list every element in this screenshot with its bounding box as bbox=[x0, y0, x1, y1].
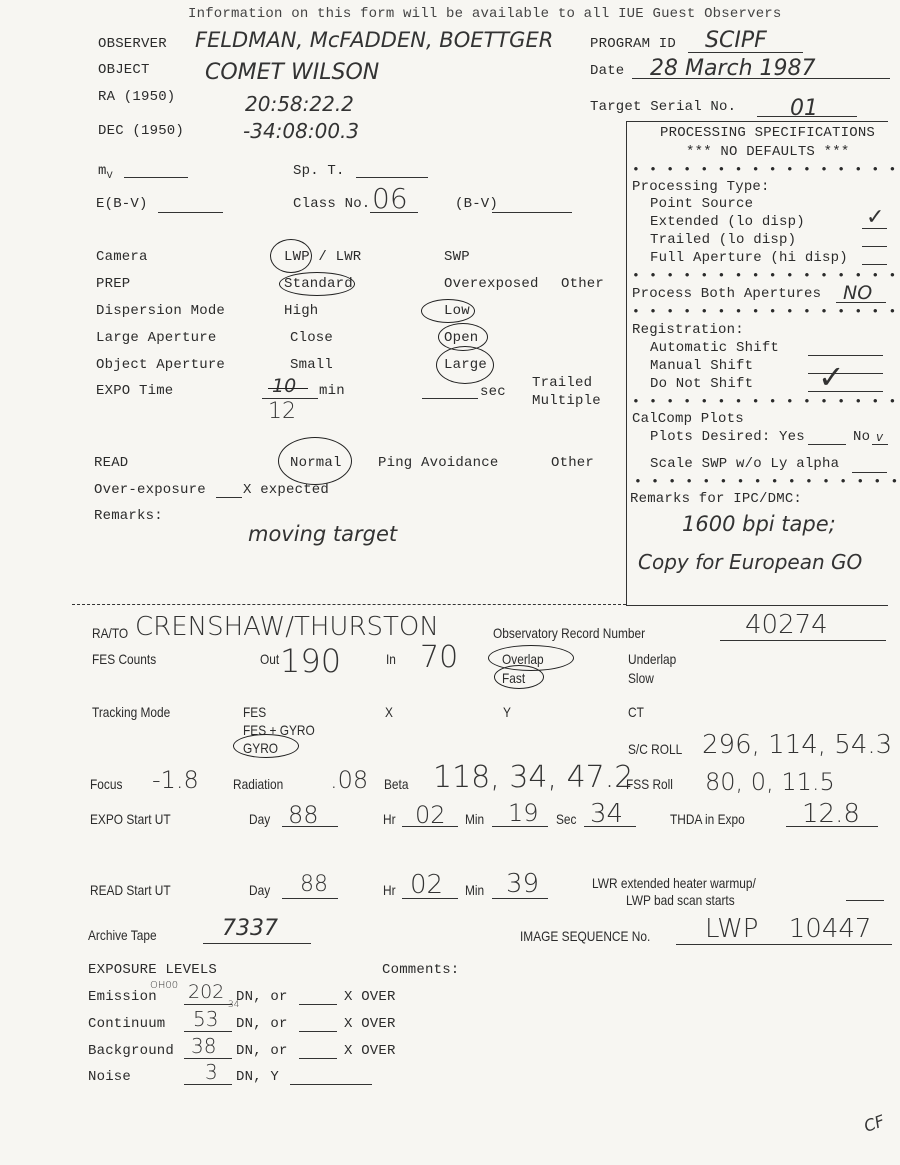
fes-option-slow[interactable]: Slow bbox=[628, 670, 654, 686]
radiation-value[interactable]: .08 bbox=[330, 766, 368, 794]
dispersion-label: Dispersion Mode bbox=[96, 303, 225, 319]
processing-type-label: Processing Type: bbox=[632, 179, 770, 195]
fes-counts-label: FES Counts bbox=[92, 651, 156, 667]
expo-trailed-label[interactable]: Trailed bbox=[532, 375, 592, 391]
date-label: Date bbox=[590, 63, 624, 79]
noise-label: Noise bbox=[88, 1069, 131, 1085]
radiation-label: Radiation bbox=[233, 776, 283, 792]
registration-manual-shift[interactable]: Manual Shift bbox=[650, 358, 753, 374]
fes-in-label: In bbox=[386, 651, 396, 667]
processing-type-trailed[interactable]: Trailed (lo disp) bbox=[650, 232, 796, 248]
lwr-heater-line2: LWP bad scan starts bbox=[626, 892, 735, 908]
expo-time-sec-unit: sec bbox=[480, 384, 506, 400]
camera-selected-circle bbox=[270, 239, 312, 273]
remarks-label: Remarks: bbox=[94, 508, 163, 524]
expo-multiple-label[interactable]: Multiple bbox=[532, 393, 601, 409]
noise-value[interactable]: 3 bbox=[205, 1060, 218, 1084]
calcomp-label: CalComp Plots bbox=[632, 411, 744, 427]
do-not-shift-check-mark[interactable]: ✓ bbox=[818, 358, 845, 396]
mv-label: mV bbox=[98, 163, 113, 182]
expo-start-hr-label: Hr bbox=[383, 811, 396, 827]
program-id-label: PROGRAM ID bbox=[590, 36, 676, 52]
section-divider bbox=[72, 604, 626, 605]
continuum-value[interactable]: 53 bbox=[193, 1007, 218, 1031]
image-seq-label: IMAGE SEQUENCE No. bbox=[520, 928, 650, 944]
fes-in-value[interactable]: 70 bbox=[420, 640, 458, 675]
emission-value[interactable]: 202 bbox=[188, 981, 224, 1003]
read-start-hr-value[interactable]: 02 bbox=[410, 870, 443, 900]
fss-roll-value[interactable]: 80, 0, 11.5 bbox=[705, 768, 835, 796]
emission-label: Emission bbox=[88, 989, 157, 1005]
processing-type-extended[interactable]: Extended (lo disp) bbox=[650, 214, 805, 230]
registration-label: Registration: bbox=[632, 322, 744, 338]
fes-option-underlap[interactable]: Underlap bbox=[628, 651, 676, 667]
archive-tape-label: Archive Tape bbox=[88, 927, 157, 943]
read-start-day-value[interactable]: 88 bbox=[300, 872, 328, 897]
program-id-value[interactable]: SCIPF bbox=[705, 28, 767, 53]
processing-type-full-aperture[interactable]: Full Aperture (hi disp) bbox=[650, 250, 848, 266]
tracking-label: Tracking Mode bbox=[92, 704, 170, 720]
beta-value[interactable]: 118, 34, 47.2 bbox=[433, 760, 633, 795]
expo-time-min-unit: min bbox=[319, 383, 345, 399]
processing-type-point-source[interactable]: Point Source bbox=[650, 196, 753, 212]
sc-roll-value[interactable]: 296, 114, 54.3 bbox=[702, 730, 892, 760]
tracking-option-x[interactable]: X bbox=[385, 704, 393, 720]
continuum-label: Continuum bbox=[88, 1016, 165, 1032]
process-both-apertures-value[interactable]: NO bbox=[843, 282, 872, 304]
header-notice: Information on this form will be availab… bbox=[188, 6, 782, 22]
emission-over: X OVER bbox=[344, 989, 396, 1005]
scale-swp-label: Scale SWP w/o Ly alpha bbox=[650, 456, 839, 472]
object-value[interactable]: COMET WILSON bbox=[205, 60, 379, 85]
lwr-heater-line1: LWR extended heater warmup/ bbox=[592, 875, 756, 891]
initials: CF bbox=[861, 1111, 887, 1136]
expo-start-label: EXPO Start UT bbox=[90, 811, 171, 827]
read-start-day-label: Day bbox=[249, 882, 270, 898]
divider: ••••••••••••••••• bbox=[632, 268, 900, 283]
read-label: READ bbox=[94, 455, 128, 471]
object-label: OBJECT bbox=[98, 62, 150, 78]
expo-start-min-label: Min bbox=[465, 811, 484, 827]
read-start-hr-label: Hr bbox=[383, 882, 396, 898]
expo-time-struck-value: 10 bbox=[272, 375, 296, 397]
overexposure-suffix: X expected bbox=[243, 482, 329, 498]
ra-label: RA (1950) bbox=[98, 89, 175, 105]
focus-value[interactable]: -1.8 bbox=[152, 766, 199, 794]
prep-label: PREP bbox=[96, 276, 130, 292]
target-serial-label: Target Serial No. bbox=[590, 99, 736, 115]
fast-selected-circle bbox=[494, 665, 544, 689]
prep-option-overexposed[interactable]: Overexposed bbox=[444, 276, 539, 292]
expo-start-sec-value[interactable]: 34 bbox=[590, 799, 623, 829]
fss-roll-label: FSS Roll bbox=[626, 776, 673, 792]
target-serial-value[interactable]: 01 bbox=[790, 96, 818, 121]
divider: ••••••••••••••••• bbox=[632, 394, 900, 409]
plots-desired-no-label: No bbox=[853, 429, 870, 445]
divider: •••••••••••••••• bbox=[634, 474, 900, 489]
obs-record-value[interactable]: 40274 bbox=[745, 610, 828, 640]
expo-start-min-value[interactable]: 19 bbox=[508, 799, 539, 827]
sc-roll-label: S/C ROLL bbox=[628, 741, 682, 757]
ra-to-value[interactable]: CRENSHAW/THURSTON bbox=[135, 612, 439, 642]
process-both-apertures-label: Process Both Apertures bbox=[632, 286, 821, 302]
object-aperture-selected-circle bbox=[436, 346, 494, 384]
continuum-unit: DN, or bbox=[236, 1016, 288, 1032]
archive-tape-value[interactable]: 7337 bbox=[222, 916, 278, 941]
overexposure-label: Over-exposure bbox=[94, 482, 206, 498]
emission-unit: DN, or bbox=[236, 989, 288, 1005]
object-aperture-label: Object Aperture bbox=[96, 357, 225, 373]
background-unit: DN, or bbox=[236, 1043, 288, 1059]
processing-subtitle: *** NO DEFAULTS *** bbox=[686, 144, 849, 160]
ra-to-label: RA/TO bbox=[92, 625, 128, 641]
large-aperture-option-close[interactable]: Close bbox=[290, 330, 333, 346]
background-value[interactable]: 38 bbox=[191, 1034, 216, 1058]
tracking-option-fes[interactable]: FES bbox=[243, 704, 266, 720]
expo-start-day-value[interactable]: 88 bbox=[288, 801, 319, 829]
extended-check-mark[interactable]: ✓ bbox=[866, 205, 884, 230]
read-option-ping-avoidance[interactable]: Ping Avoidance bbox=[378, 455, 498, 471]
registration-do-not-shift[interactable]: Do Not Shift bbox=[650, 376, 753, 392]
image-seq-value[interactable]: LWP 10447 bbox=[705, 914, 871, 944]
background-label: Background bbox=[88, 1043, 174, 1059]
spt-label: Sp. T. bbox=[293, 163, 345, 179]
emission-note: OH00 bbox=[150, 980, 178, 991]
obs-record-label: Observatory Record Number bbox=[493, 625, 645, 641]
plots-desired-label: Plots Desired: Yes bbox=[650, 429, 805, 445]
read-selected-circle bbox=[278, 437, 352, 485]
expo-time-label: EXPO Time bbox=[96, 383, 173, 399]
large-aperture-label: Large Aperture bbox=[96, 330, 216, 346]
prep-selected-circle bbox=[279, 272, 355, 296]
divider: ••••••••••••••••• bbox=[632, 304, 900, 319]
thda-label: THDA in Expo bbox=[670, 811, 745, 827]
divider: ••••••••••••••••• bbox=[632, 162, 900, 177]
gyro-selected-circle bbox=[233, 734, 299, 758]
expo-start-day-label: Day bbox=[249, 811, 270, 827]
observer-value[interactable]: FELDMAN, McFADDEN, BOETTGER bbox=[195, 28, 553, 52]
read-start-label: READ Start UT bbox=[90, 882, 171, 898]
read-start-min-label: Min bbox=[465, 882, 484, 898]
ebv-label: E(B-V) bbox=[96, 196, 148, 212]
exposure-levels-title: EXPOSURE LEVELS bbox=[88, 962, 217, 978]
date-value[interactable]: 28 March 1987 bbox=[650, 56, 816, 81]
ipc-remarks-line1[interactable]: 1600 bpi tape; bbox=[682, 512, 836, 536]
thda-value[interactable]: 12.8 bbox=[802, 799, 860, 829]
dispersion-selected-circle bbox=[421, 299, 475, 323]
dispersion-option-high[interactable]: High bbox=[284, 303, 318, 319]
fes-out-label: Out bbox=[260, 651, 279, 667]
prep-option-other[interactable]: Other bbox=[561, 276, 604, 292]
registration-automatic-shift[interactable]: Automatic Shift bbox=[650, 340, 779, 356]
dec-label: DEC (1950) bbox=[98, 123, 184, 139]
noise-unit: DN, Y bbox=[236, 1069, 279, 1085]
camera-option-swp[interactable]: SWP bbox=[444, 249, 470, 265]
processing-title: PROCESSING SPECIFICATIONS bbox=[660, 125, 875, 141]
tracking-option-ct[interactable]: CT bbox=[628, 704, 644, 720]
remarks-value[interactable]: moving target bbox=[248, 522, 397, 546]
expo-start-sec-label: Sec bbox=[556, 811, 577, 827]
tracking-option-y[interactable]: Y bbox=[503, 704, 511, 720]
read-option-other[interactable]: Other bbox=[551, 455, 594, 471]
object-aperture-option-small[interactable]: Small bbox=[290, 357, 333, 373]
class-no-value[interactable]: 06 bbox=[372, 182, 408, 215]
camera-label: Camera bbox=[96, 249, 148, 265]
comments-label: Comments: bbox=[382, 962, 459, 978]
dec-value[interactable]: -34:08:00.3 bbox=[243, 119, 359, 143]
class-no-label: Class No. bbox=[293, 196, 370, 212]
expo-time-value[interactable]: 12 bbox=[268, 399, 296, 424]
observer-label: OBSERVER bbox=[98, 36, 167, 52]
focus-label: Focus bbox=[90, 776, 122, 792]
background-over: X OVER bbox=[344, 1043, 396, 1059]
bv-label: (B-V) bbox=[455, 196, 498, 212]
fes-out-value[interactable]: 190 bbox=[280, 642, 341, 680]
ra-value[interactable]: 20:58:22.2 bbox=[245, 92, 354, 116]
plots-desired-no-mark[interactable]: v bbox=[876, 430, 883, 444]
expo-start-hr-value[interactable]: 02 bbox=[415, 801, 446, 829]
read-start-min-value[interactable]: 39 bbox=[506, 869, 539, 899]
ipc-remarks-line2[interactable]: Copy for European GO bbox=[638, 550, 862, 574]
continuum-over: X OVER bbox=[344, 1016, 396, 1032]
beta-label: Beta bbox=[384, 776, 408, 792]
ipc-remarks-label: Remarks for IPC/DMC: bbox=[630, 491, 802, 507]
